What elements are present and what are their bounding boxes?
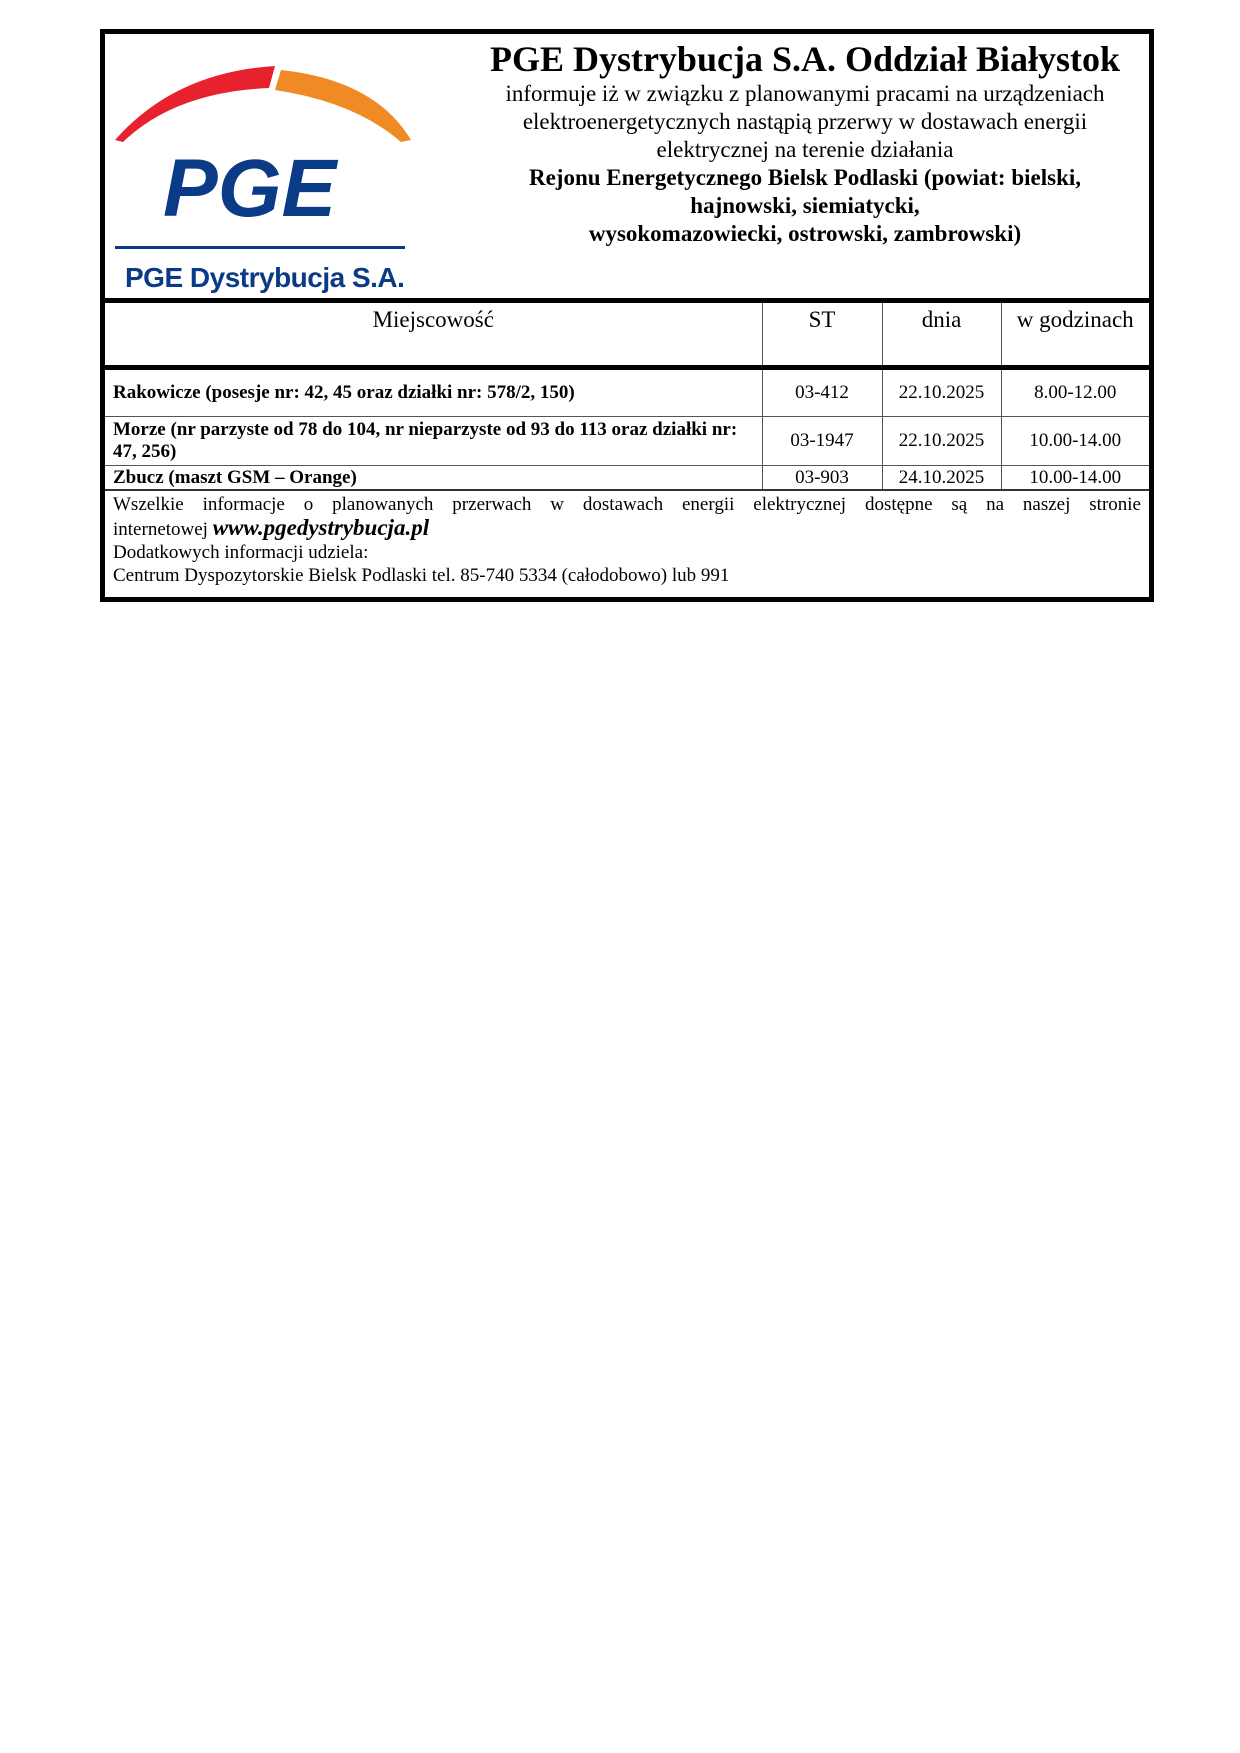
cell-st: 03-903 — [762, 466, 882, 491]
region-line: wysokomazowiecki, ostrowski, zambrowski) — [465, 220, 1145, 248]
info-prefix: internetowej — [113, 519, 208, 540]
info-section: Wszelkie informacje o planowanych przerw… — [105, 489, 1149, 587]
cell-date: 22.10.2025 — [882, 417, 1001, 466]
table-row: Zbucz (maszt GSM – Orange) 03-903 24.10.… — [105, 466, 1149, 491]
cell-place: Zbucz (maszt GSM – Orange) — [105, 466, 762, 491]
intro-line: elektrycznej na terenie działania — [465, 136, 1145, 164]
notice-frame: PGE PGE Dystrybucja S.A. PGE Dystrybucja… — [100, 29, 1154, 602]
logo-text: PGE — [163, 143, 338, 234]
outage-table: Miejscowość ST dnia w godzinach Rakowicz… — [105, 303, 1149, 491]
notice-title: PGE Dystrybucja S.A. Oddział Białystok — [465, 38, 1145, 80]
info-line: Wszelkie informacje o planowanych przerw… — [113, 493, 1141, 516]
website-link[interactable]: www.pgedystrybucja.pl — [213, 515, 429, 540]
region-line: Rejonu Energetycznego Bielsk Podlaski (p… — [465, 164, 1145, 192]
cell-st: 03-1947 — [762, 417, 882, 466]
col-header-st: ST — [762, 303, 882, 368]
cell-date: 24.10.2025 — [882, 466, 1001, 491]
cell-hours: 10.00-14.00 — [1001, 466, 1149, 491]
region-line: hajnowski, siemiatycki, — [465, 192, 1145, 220]
info-line: Dodatkowych informacji udziela: — [113, 541, 1141, 564]
col-header-place: Miejscowość — [105, 303, 762, 368]
pge-arc-icon: PGE — [115, 62, 445, 262]
col-header-date: dnia — [882, 303, 1001, 368]
table-row: Rakowicze (posesje nr: 42, 45 oraz dział… — [105, 368, 1149, 417]
intro-line: elektroenergetycznych nastąpią przerwy w… — [465, 108, 1145, 136]
contact-line: Centrum Dyspozytorskie Bielsk Podlaski t… — [113, 564, 1141, 587]
intro-line: informuje iż w związku z planowanymi pra… — [465, 80, 1145, 108]
header-text: PGE Dystrybucja S.A. Oddział Białystok i… — [465, 38, 1145, 248]
table-row: Morze (nr parzyste od 78 do 104, nr niep… — [105, 417, 1149, 466]
col-header-hours: w godzinach — [1001, 303, 1149, 368]
cell-st: 03-412 — [762, 368, 882, 417]
cell-place: Rakowicze (posesje nr: 42, 45 oraz dział… — [105, 368, 762, 417]
notice-header: PGE PGE Dystrybucja S.A. PGE Dystrybucja… — [105, 34, 1149, 303]
cell-place: Morze (nr parzyste od 78 do 104, nr niep… — [105, 417, 762, 466]
info-line: internetowej www.pgedystrybucja.pl — [113, 516, 1141, 541]
cell-hours: 8.00-12.00 — [1001, 368, 1149, 417]
logo-subtitle: PGE Dystrybucja S.A. — [125, 262, 404, 294]
cell-hours: 10.00-14.00 — [1001, 417, 1149, 466]
cell-date: 22.10.2025 — [882, 368, 1001, 417]
table-header-row: Miejscowość ST dnia w godzinach — [105, 303, 1149, 368]
